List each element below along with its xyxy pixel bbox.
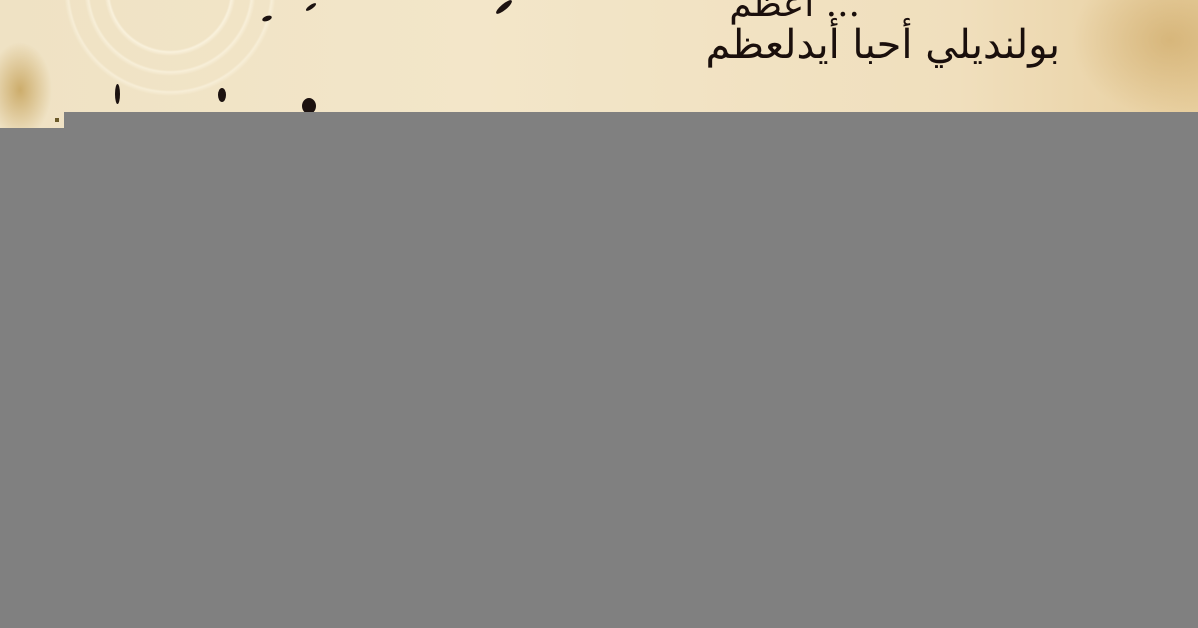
ink-mark [115,84,120,104]
gray-overlay-left [0,128,64,628]
ink-mark [261,14,272,22]
corner-marker [55,118,59,122]
handwriting-line-top: ... أعظم [560,0,860,24]
ink-mark [494,0,513,16]
handwriting-line-main: بولنديلي أحبا أيدلعظم [840,22,1060,82]
gray-overlay [64,112,1198,628]
ink-mark [305,2,317,12]
ink-mark [218,88,226,102]
